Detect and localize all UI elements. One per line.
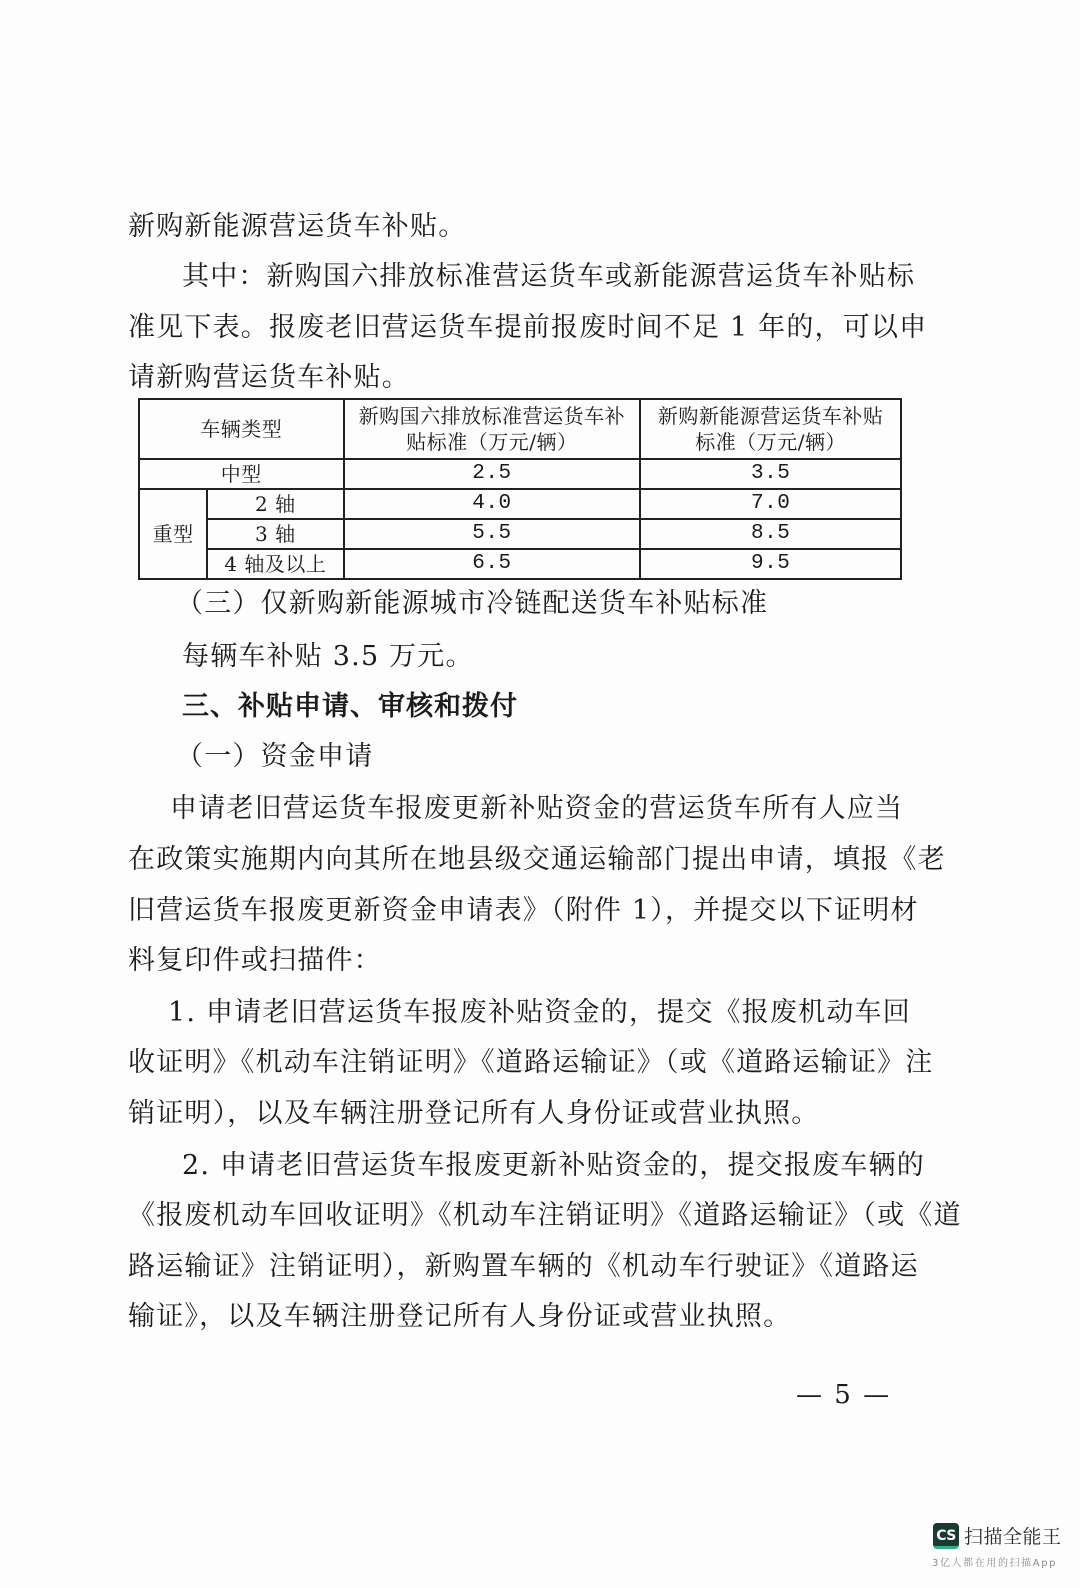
cell-type: 4 轴及以上 (207, 549, 343, 579)
paragraph-line: 每辆车补贴 3.5 万元。 (182, 640, 474, 674)
header-line: 新购新能源营运货车补贴 (658, 404, 884, 428)
header-guoliu-subsidy: 新购国六排放标准营运货车补 贴标准（万元/辆） (344, 399, 641, 459)
document-page: 新购新能源营运货车补贴。 其中：新购国六排放标准营运货车或新能源营运货车补贴标 … (0, 0, 1080, 1588)
header-line: 贴标准（万元/辆） (406, 430, 577, 454)
header-line: 标准（万元/辆） (695, 430, 846, 454)
cell-new-energy: 3.5 (640, 459, 901, 489)
cell-type: 2 轴 (207, 489, 343, 519)
subsection-heading: （三）仅新购新能源城市冷链配送货车补贴标准 (176, 587, 768, 621)
cell-new-energy: 9.5 (640, 549, 901, 579)
table-row: 4 轴及以上 6.5 9.5 (139, 549, 901, 579)
paragraph-line: 新购新能源营运货车补贴。 (128, 210, 466, 244)
cell-type: 3 轴 (207, 519, 343, 549)
camscanner-watermark: CS 扫描全能王 3亿人都在用的扫描App (930, 1520, 1075, 1584)
table-header-row: 车辆类型 新购国六排放标准营运货车补 贴标准（万元/辆） 新购新能源营运货车补贴… (139, 399, 901, 459)
cell-guoliu: 5.5 (344, 519, 641, 549)
cell-new-energy: 7.0 (640, 489, 901, 519)
cell-new-energy: 8.5 (640, 519, 901, 549)
header-line: 新购国六排放标准营运货车补 (359, 404, 626, 428)
subsection-heading: （一）资金申请 (176, 740, 373, 774)
table-row: 中型 2.5 3.5 (139, 459, 901, 489)
cell-heavy-label: 重型 (139, 489, 207, 579)
cell-type: 中型 (139, 459, 344, 489)
list-item-line: 路运输证》注销证明），新购置车辆的《机动车行驶证》《道路运 (128, 1250, 919, 1284)
paragraph-line: 申请老旧营运货车报废更新补贴资金的营运货车所有人应当 (170, 792, 903, 826)
paragraph-line: 旧营运货车报废更新资金申请表》（附件 1），并提交以下证明材 (128, 894, 919, 928)
cell-guoliu: 2.5 (344, 459, 641, 489)
list-item-line: 销证明），以及车辆注册登记所有人身份证或营业执照。 (128, 1097, 820, 1131)
list-item-line: 1. 申请老旧营运货车报废补贴资金的，提交《报废机动车回 (168, 996, 911, 1030)
list-item-line: 2. 申请老旧营运货车报废更新补贴资金的，提交报废车辆的 (182, 1149, 925, 1183)
table-row: 重型 2 轴 4.0 7.0 (139, 489, 901, 519)
paragraph-line: 在政策实施期内向其所在地县级交通运输部门提出申请，填报《老 (128, 843, 946, 877)
table-row: 3 轴 5.5 8.5 (139, 519, 901, 549)
camscanner-logo-icon: CS (933, 1523, 959, 1549)
watermark-tagline: 3亿人都在用的扫描App (932, 1554, 1057, 1569)
list-item-line: 输证》，以及车辆注册登记所有人身份证或营业执照。 (128, 1300, 791, 1334)
paragraph-line: 其中：新购国六排放标准营运货车或新能源营运货车补贴标 (182, 260, 915, 294)
section-heading: 三、补贴申请、审核和拨付 (182, 690, 518, 724)
paragraph-line: 料复印件或扫描件： (128, 944, 382, 978)
paragraph-line: 准见下表。报废老旧营运货车提前报废时间不足 1 年的，可以申 (128, 311, 927, 345)
subsidy-standard-table: 车辆类型 新购国六排放标准营运货车补 贴标准（万元/辆） 新购新能源营运货车补贴… (138, 398, 902, 580)
cell-guoliu: 4.0 (344, 489, 641, 519)
list-item-line: 收证明》《机动车注销证明》《道路运输证》（或《道路运输证》注 (128, 1046, 934, 1080)
cell-guoliu: 6.5 (344, 549, 641, 579)
watermark-app-name: 扫描全能王 (964, 1522, 1062, 1549)
paragraph-line: 请新购营运货车补贴。 (128, 361, 410, 395)
list-item-line: 《报废机动车回收证明》《机动车注销证明》《道路运输证》（或《道 (128, 1199, 962, 1233)
header-vehicle-type: 车辆类型 (139, 399, 344, 459)
page-number: — 5 — (796, 1380, 891, 1410)
header-new-energy-subsidy: 新购新能源营运货车补贴 标准（万元/辆） (640, 399, 901, 459)
